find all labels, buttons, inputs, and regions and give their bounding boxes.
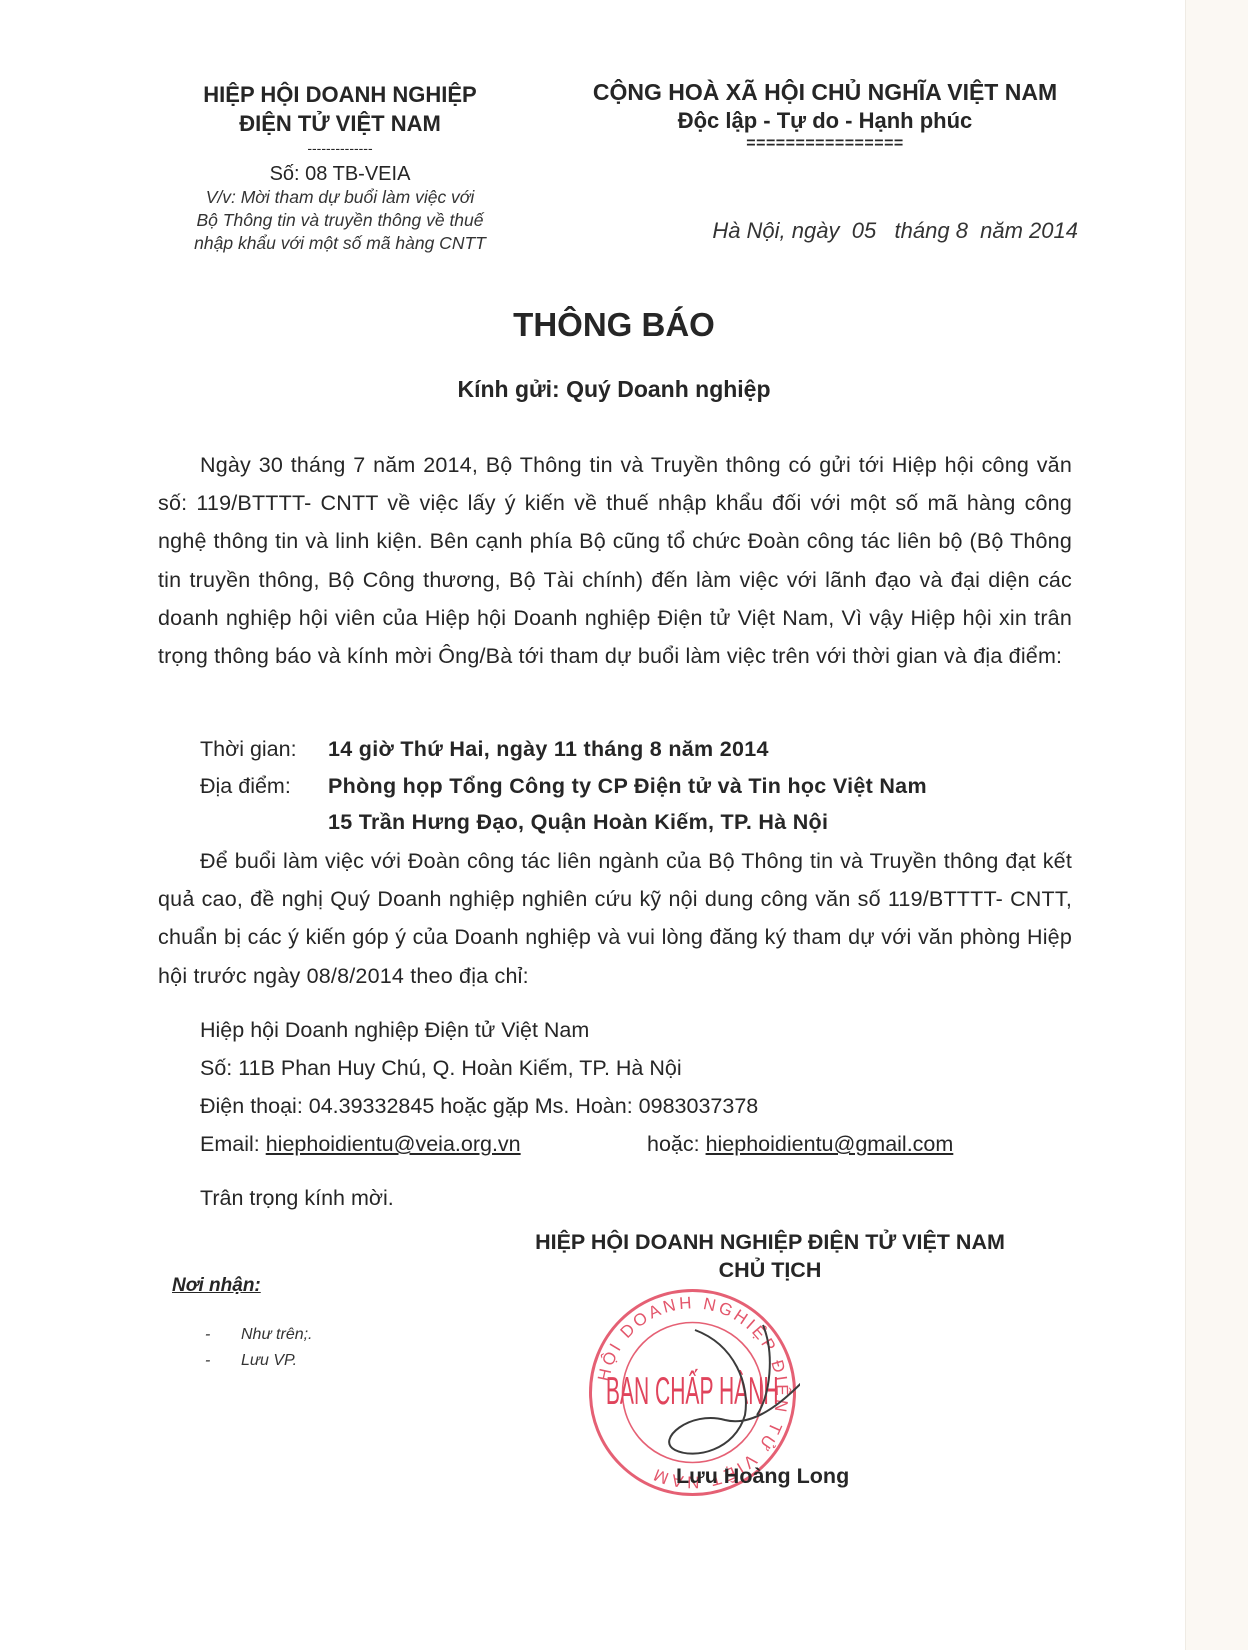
- contact-address: Số: 11B Phan Huy Chú, Q. Hoàn Kiếm, TP. …: [200, 1050, 682, 1088]
- contact-org: Hiệp hội Doanh nghiệp Điện tử Việt Nam: [200, 1012, 589, 1050]
- national-header: CỘNG HOÀ XÃ HỘI CHỦ NGHĨA VIỆT NAM Độc l…: [560, 78, 1090, 153]
- body-paragraph-2: Để buổi làm việc với Đoàn công tác liên …: [158, 842, 1072, 995]
- email-link-veia[interactable]: hiephoidientu@veia.org.vn: [266, 1132, 521, 1156]
- signature-position: CHỦ TỊCH: [480, 1256, 1060, 1284]
- recipient-item: -Lưu VP.: [205, 1352, 297, 1370]
- national-motto: Độc lập - Tự do - Hạnh phúc: [560, 107, 1090, 135]
- closing-line: Trân trọng kính mời.: [200, 1186, 394, 1211]
- document-date: Hà Nội, ngày 05 tháng 8 năm 2014: [600, 218, 1078, 244]
- recipients-label: Nơi nhận:: [172, 1275, 261, 1297]
- issuer-separator: --------------: [150, 140, 530, 156]
- subject-line-2: Bộ Thông tin và truyền thông về thuế: [150, 209, 530, 232]
- document-title: THÔNG BÁO: [0, 306, 1228, 344]
- svg-text:BAN CHẤP HÀNH: BAN CHẤP HÀNH: [606, 1369, 779, 1413]
- place-value-line2: 15 Trần Hưng Đạo, Quận Hoàn Kiếm, TP. Hà…: [328, 810, 828, 834]
- time-label: Thời gian:: [200, 731, 328, 768]
- contact-phone: Điện thoại: 04.39332845 hoặc gặp Ms. Hoà…: [200, 1088, 758, 1126]
- issuer-name-line1: HIỆP HỘI DOANH NGHIỆP: [150, 80, 530, 109]
- issuer-name-line2: ĐIỆN TỬ VIỆT NAM: [150, 109, 530, 138]
- subject-line-3: nhập khẩu với một số mã hàng CNTT: [150, 232, 530, 255]
- greeting: Kính gửi: Quý Doanh nghiệp: [0, 376, 1228, 403]
- time-value: 14 giờ Thứ Hai, ngày 11 tháng 8 năm 2014: [328, 737, 769, 761]
- signature-org: HIỆP HỘI DOANH NGHIỆP ĐIỆN TỬ VIỆT NAM: [480, 1228, 1060, 1256]
- scan-edge: [1185, 0, 1248, 1650]
- email-label: Email:: [200, 1132, 266, 1156]
- issuer-block: HIỆP HỘI DOANH NGHIỆP ĐIỆN TỬ VIỆT NAM -…: [150, 80, 530, 255]
- place-value-line1: Phòng họp Tổng Công ty CP Điện tử và Tin…: [328, 774, 927, 798]
- contact-email: Email: hiephoidientu@veia.org.vn hoặc: h…: [200, 1126, 521, 1164]
- signature-block: HIỆP HỘI DOANH NGHIỆP ĐIỆN TỬ VIỆT NAM C…: [480, 1228, 1060, 1284]
- or-label: hoặc:: [647, 1132, 706, 1156]
- nation-title: CỘNG HOÀ XÃ HỘI CHỦ NGHĨA VIỆT NAM: [560, 78, 1090, 107]
- meeting-time: Thời gian:14 giờ Thứ Hai, ngày 11 tháng …: [200, 731, 769, 768]
- body-paragraph-1: Ngày 30 tháng 7 năm 2014, Bộ Thông tin v…: [158, 446, 1072, 675]
- meeting-place-address: 15 Trần Hưng Đạo, Quận Hoàn Kiếm, TP. Hà…: [328, 804, 828, 841]
- document-number: Số: 08 TB-VEIA: [150, 162, 530, 186]
- signer-name: Lưu Hoàng Long: [676, 1464, 849, 1489]
- meeting-place: Địa điểm:Phòng họp Tổng Công ty CP Điện …: [200, 768, 927, 805]
- email-link-gmail[interactable]: hiephoidientu@gmail.com: [706, 1132, 954, 1156]
- subject-line-1: V/v: Mời tham dự buổi làm việc với: [150, 186, 530, 209]
- motto-separator: ================: [560, 135, 1090, 153]
- recipient-item: -Như trên;.: [205, 1326, 313, 1344]
- place-label: Địa điểm:: [200, 768, 328, 805]
